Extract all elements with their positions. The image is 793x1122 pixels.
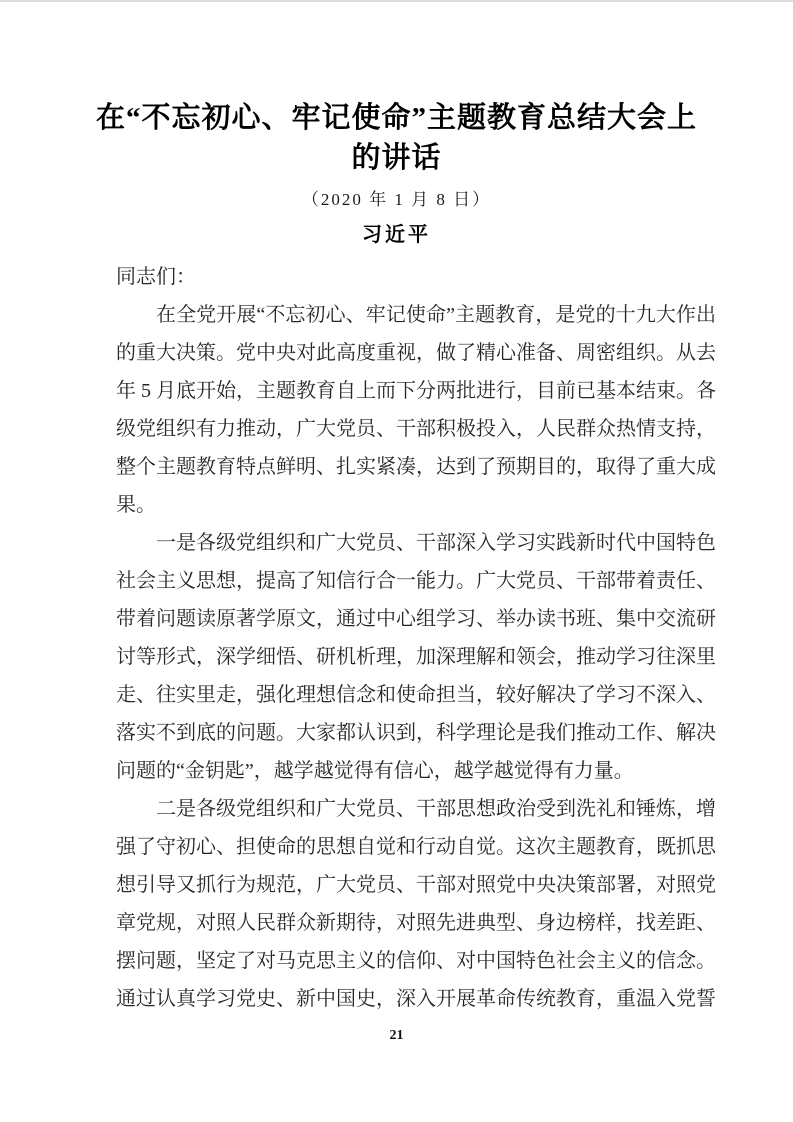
document-title-line-2: 的讲话 (0, 138, 793, 178)
document-header: 在“不忘初心、牢记使命”主题教育总结大会上 的讲话 （2020 年 1 月 8 … (0, 98, 793, 249)
page-number: 21 (0, 1028, 793, 1044)
body-paragraph-3: 二是各级党组织和广大党员、干部思想政治受到洗礼和锤炼，增强了守初心、担使命的思想… (116, 790, 716, 1018)
body-paragraph-1: 在全党开展“不忘初心、牢记使命”主题教育，是党的十九大作出的重大决策。党中央对此… (116, 296, 716, 524)
document-title: 在“不忘初心、牢记使命”主题教育总结大会上 的讲话 (0, 98, 793, 178)
document-title-line-1: 在“不忘初心、牢记使命”主题教育总结大会上 (0, 98, 793, 138)
document-date: （2020 年 1 月 8 日） (0, 188, 793, 212)
salutation-line: 同志们： (116, 258, 716, 296)
body-paragraph-2: 一是各级党组织和广大党员、干部深入学习实践新时代中国特色社会主义思想，提高了知信… (116, 524, 716, 790)
document-author: 习近平 (0, 221, 793, 249)
document-body: 同志们： 在全党开展“不忘初心、牢记使命”主题教育，是党的十九大作出的重大决策。… (116, 258, 716, 1018)
document-page: 在“不忘初心、牢记使命”主题教育总结大会上 的讲话 （2020 年 1 月 8 … (0, 0, 793, 1122)
